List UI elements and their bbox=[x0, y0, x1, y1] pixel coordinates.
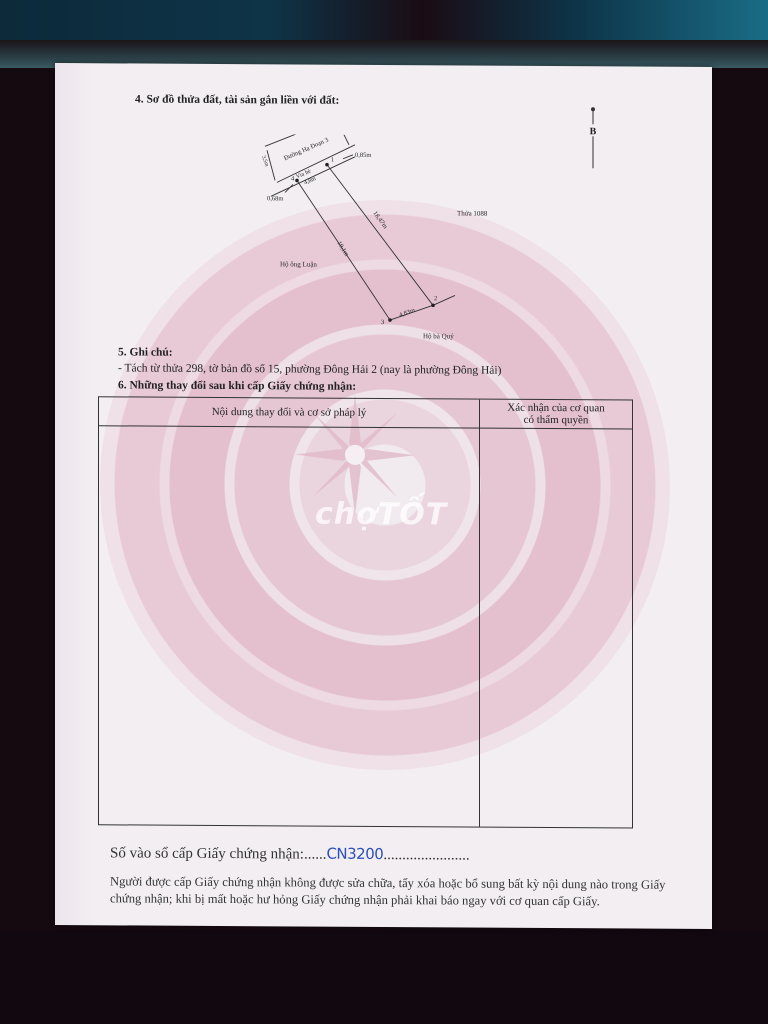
table-column-divider bbox=[479, 400, 480, 827]
svg-text:Thửa 1088: Thửa 1088 bbox=[457, 209, 488, 217]
background-bottom bbox=[0, 930, 768, 1024]
svg-text:Đường Hạ Đoạn 3: Đường Hạ Đoạn 3 bbox=[283, 137, 330, 163]
section-5-note: - Tách từ thửa 298, tờ bản đồ số 15, phư… bbox=[118, 362, 501, 376]
paper-edge-shading bbox=[55, 63, 95, 925]
table-header-confirmation: Xác nhận của cơ quan có thẩm quyền bbox=[480, 400, 632, 429]
svg-text:Hộ ông Luận: Hộ ông Luận bbox=[280, 260, 317, 268]
section-6-title: 6. Những thay đổi sau khi cấp Giấy chứng… bbox=[118, 379, 356, 392]
registry-dots-before: ...... bbox=[304, 847, 327, 863]
warning-notice: Người được cấp Giấy chứng nhận không đượ… bbox=[110, 873, 670, 910]
registry-number: CN3200 bbox=[326, 845, 383, 863]
svg-text:0,85m: 0,85m bbox=[355, 152, 371, 159]
confirmation-header-text: Xác nhận của cơ quan có thẩm quyền bbox=[501, 402, 611, 427]
registry-label: Số vào sổ cấp Giấy chứng nhận: bbox=[110, 845, 304, 862]
svg-text:4,8m: 4,8m bbox=[303, 176, 317, 187]
svg-text:1: 1 bbox=[331, 157, 334, 164]
section-4-title: 4. Sơ đồ thửa đất, tài sản gắn liền với … bbox=[135, 93, 339, 106]
svg-text:19,1m: 19,1m bbox=[335, 240, 350, 258]
svg-text:4: 4 bbox=[291, 175, 295, 182]
svg-text:Hộ bà Quý: Hộ bà Quý bbox=[423, 332, 454, 340]
section-5-title: 5. Ghi chú: bbox=[118, 346, 173, 358]
land-plot-sketch: Đường Hạ Đoạn 3 3,5m Via hè 4,8m 0,85m 0… bbox=[245, 134, 665, 367]
registry-dots-after: ....................... bbox=[383, 847, 469, 864]
registry-number-line: Số vào sổ cấp Giấy chứng nhận:......CN32… bbox=[110, 843, 470, 864]
svg-text:4,83m: 4,83m bbox=[398, 307, 416, 319]
svg-text:3: 3 bbox=[381, 319, 384, 326]
changes-table: Nội dung thay đổi và cơ sở pháp lý Xác n… bbox=[98, 396, 633, 828]
background-top bbox=[0, 0, 768, 40]
land-certificate-page: chợTỐT 4. Sơ đồ thửa đất, tài sản gắn li… bbox=[55, 63, 712, 929]
table-header-changes: Nội dung thay đổi và cơ sở pháp lý bbox=[99, 397, 479, 427]
svg-text:0,68m: 0,68m bbox=[267, 195, 283, 202]
svg-text:2: 2 bbox=[434, 295, 437, 302]
